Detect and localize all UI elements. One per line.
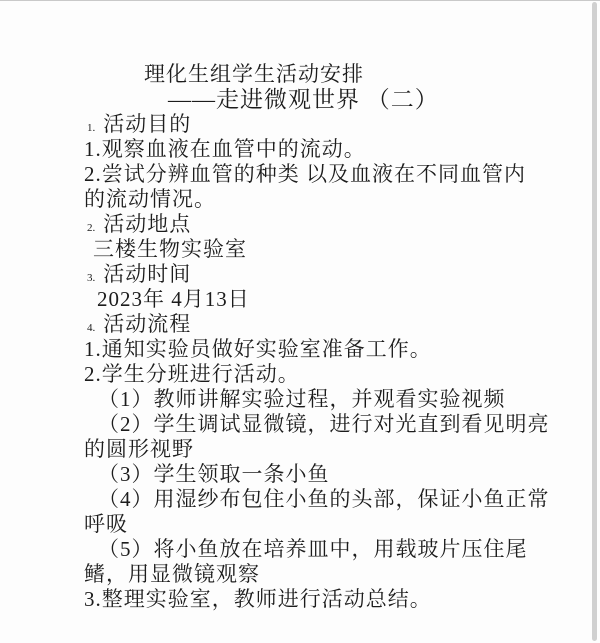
section-title-text: 活动地点 <box>103 212 191 236</box>
text-line: 三楼生物实验室 <box>84 237 544 262</box>
section-heading: 3.活动时间 <box>84 262 544 287</box>
text-line: 1.通知实验员做好实验室准备工作。 <box>84 337 544 362</box>
page-top-edge <box>0 0 600 1</box>
text-line: 1.观察血液在血管中的流动。 <box>84 137 544 162</box>
document-body: 理化生组学生活动安排——走进微观世界 （二）1.活动目的1.观察血液在血管中的流… <box>84 62 544 612</box>
section-heading: 1.活动目的 <box>84 112 544 137</box>
text-line: （1）教师讲解实验过程，并观看实验视频 <box>84 387 544 412</box>
text-line: 2023年 4月13日 <box>84 287 544 312</box>
text-line: 的流动情况。 <box>84 187 544 212</box>
text-line: （5）将小鱼放在培养皿中，用载玻片压住尾 <box>84 537 544 562</box>
section-title-text: 活动目的 <box>103 112 191 136</box>
section-number: 4. <box>87 322 95 334</box>
text-line: 鳍，用显微镜观察 <box>84 562 544 587</box>
text-line: （3）学生领取一条小鱼 <box>84 462 544 487</box>
section-number: 2. <box>87 222 95 234</box>
text-line: （2）学生调试显微镜，进行对光直到看见明亮 <box>84 412 544 437</box>
text-line: 3.整理实验室，教师进行活动总结。 <box>84 587 544 612</box>
text-line: 的圆形视野 <box>84 437 544 462</box>
section-heading: 2.活动地点 <box>84 212 544 237</box>
section-number: 1. <box>87 122 95 134</box>
document-subtitle: ——走进微观世界 （二） <box>84 87 544 112</box>
document-page: 理化生组学生活动安排——走进微观世界 （二）1.活动目的1.观察血液在血管中的流… <box>0 0 600 643</box>
section-number: 3. <box>87 272 95 284</box>
scrollbar[interactable] <box>592 2 597 641</box>
section-title-text: 活动流程 <box>103 312 191 336</box>
text-line: （4）用湿纱布包住小鱼的头部，保证小鱼正常 <box>84 487 544 512</box>
document-title: 理化生组学生活动安排 <box>84 62 544 87</box>
text-line: 呼吸 <box>84 512 544 537</box>
text-line: 2.尝试分辨血管的种类 以及血液在不同血管内 <box>84 162 544 187</box>
section-title-text: 活动时间 <box>103 262 191 286</box>
section-heading: 4.活动流程 <box>84 312 544 337</box>
text-line: 2.学生分班进行活动。 <box>84 362 544 387</box>
